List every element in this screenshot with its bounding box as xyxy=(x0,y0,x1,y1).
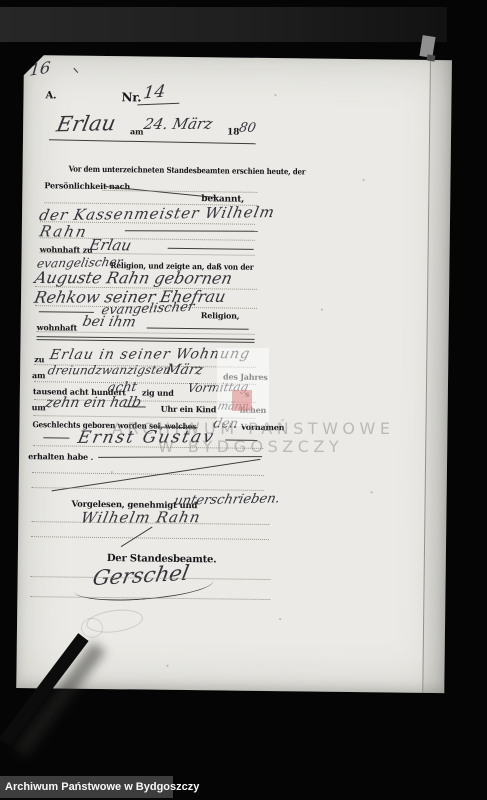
mother-name-entry: Auguste Rahn gebornen xyxy=(33,268,234,288)
dateline-year: 80 xyxy=(238,121,257,136)
form-rule xyxy=(30,596,270,600)
form-rule xyxy=(102,190,257,193)
page-fold-edge xyxy=(422,60,453,693)
dateline-place: Erlau xyxy=(55,111,118,136)
blank-dash-stroke xyxy=(147,328,249,330)
archive-footer-label: Archiwum Państwowe w Bydgoszczy xyxy=(0,781,199,793)
form-zu: zu xyxy=(34,354,44,364)
residence-entry: Erlau xyxy=(88,236,134,254)
bei-ihm-entry: bei ihm xyxy=(81,314,138,331)
photo-top-band xyxy=(0,7,447,42)
watermark-red-square xyxy=(232,390,252,411)
archive-footer-bar: Archiwum Państwowe w Bydgoszczy xyxy=(0,776,173,798)
corner-shadow-triangle xyxy=(22,53,46,77)
form-rule xyxy=(31,536,269,540)
blank-dash-stroke xyxy=(125,230,258,231)
section-letter: A. xyxy=(45,90,56,101)
watermark-text-line1: ARCHIWUM PAŃSTWOWE xyxy=(112,419,380,438)
form-uhr-printed: Uhr ein Kind xyxy=(161,404,217,415)
blank-dash-stroke xyxy=(168,248,254,250)
record-number-label: Nr. xyxy=(121,90,141,104)
birth-day-entry: dreiundzwanzigsten xyxy=(46,363,172,378)
dateline-underline xyxy=(49,139,256,144)
form-religion2-printed: Religion, xyxy=(201,310,240,320)
name-dash-pre xyxy=(43,437,69,438)
time-entry: zehn ein halb xyxy=(44,395,143,411)
margin-tick-mark xyxy=(73,68,78,73)
record-number-value: 14 xyxy=(142,82,166,104)
form-am: am xyxy=(32,370,45,380)
watermark-text-line2: W BYDGOSZCZY xyxy=(158,437,334,456)
blank-line-stroke xyxy=(37,339,255,343)
form-erhalten-habe: erhalten habe . xyxy=(28,451,93,462)
form-rule xyxy=(37,331,255,335)
dateline-date: 24. März xyxy=(142,115,214,133)
paper-specks xyxy=(24,55,452,60)
scan-viewer: 16 A. Nr. 14 Erlau am 24. März 18 80 Vor… xyxy=(0,0,487,800)
gray-tab-shadow xyxy=(427,54,436,61)
erhalten-line-stroke xyxy=(98,456,262,458)
closing-hand-entry: unterschrieben. xyxy=(172,491,281,508)
year-hand-entry: acht xyxy=(106,380,138,396)
blank-dash-stroke xyxy=(39,311,94,313)
form-intro-line1: Vor dem unterzeichneten Standesbeamten e… xyxy=(69,164,306,177)
form-year-printed2: zig und xyxy=(142,387,174,397)
watermark-box xyxy=(217,348,269,426)
birth-month-entry: März xyxy=(164,362,204,378)
faint-pencil-circle xyxy=(81,618,103,638)
